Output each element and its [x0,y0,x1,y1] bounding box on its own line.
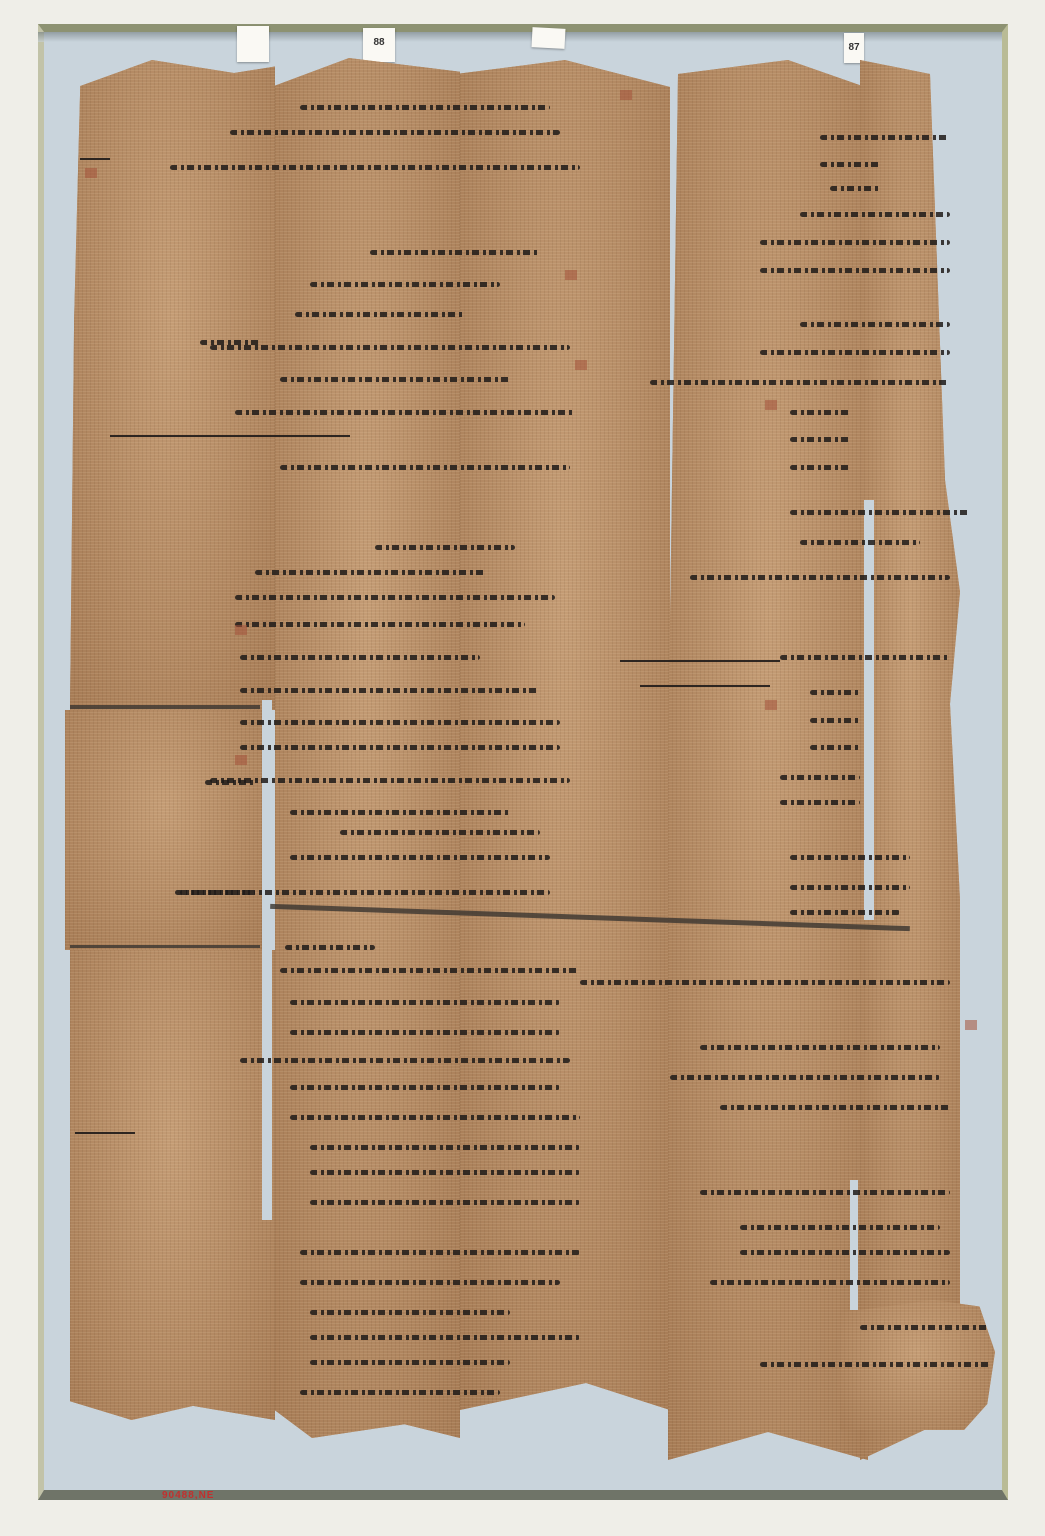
text-line [285,945,375,950]
papyrus-fragment-col3 [460,60,670,1410]
text-line [280,377,510,382]
text-line [310,1360,510,1365]
text-line [290,1030,560,1035]
papyrus-fragment-left-bottom [70,950,275,1420]
text-line [580,980,950,985]
text-line [300,1390,500,1395]
text-line [780,775,860,780]
red-ink-mark [620,90,632,100]
fragment-label-blank-2 [531,27,565,49]
text-line [240,1058,570,1063]
text-line [240,745,560,750]
text-line [340,830,540,835]
text-line [290,1000,560,1005]
text-line [650,380,950,385]
text-line [310,1145,580,1150]
text-line [830,186,880,191]
text-line [700,1190,950,1195]
text-line [290,1085,560,1090]
text-stroke [620,660,780,662]
text-line [710,1280,950,1285]
text-stroke [640,685,770,687]
text-line [200,340,260,345]
text-line [300,1250,580,1255]
text-line [300,1280,560,1285]
text-line [760,240,950,245]
text-line [670,1075,940,1080]
text-line [740,1225,940,1230]
red-ink-mark [765,700,777,710]
text-line [790,465,850,470]
text-line [820,135,950,140]
text-line [295,312,465,317]
text-line [780,655,950,660]
text-line [720,1105,950,1110]
text-line [790,855,910,860]
text-line [230,130,560,135]
text-line [240,720,560,725]
text-line [210,345,570,350]
text-line [790,410,850,415]
text-line [370,250,540,255]
text-stroke [110,435,350,437]
text-line [235,595,555,600]
text-line [310,282,500,287]
text-line [810,690,860,695]
text-line [310,1310,510,1315]
text-line [300,105,550,110]
text-line [800,322,950,327]
text-line [800,540,920,545]
text-stroke [75,1132,135,1134]
text-line [790,910,900,915]
text-line [240,688,540,693]
text-line [800,212,950,217]
red-ink-mark [765,400,777,410]
text-line [210,778,570,783]
text-line [760,268,950,273]
red-ink-mark [965,1020,977,1030]
text-line [290,855,550,860]
fragment-label-88: 88 [363,28,395,62]
text-line [310,1335,580,1340]
text-line [205,780,255,785]
text-line [235,410,575,415]
papyrus-fragment-left-mid [65,710,265,950]
text-stroke [80,158,110,160]
red-ink-mark [85,168,97,178]
text-line [740,1250,950,1255]
text-line [290,1115,580,1120]
text-line [175,890,255,895]
text-line [790,437,850,442]
text-line [780,800,860,805]
text-line [280,465,570,470]
text-line [690,575,950,580]
red-ink-mark [565,270,577,280]
fragment-label-blank-1 [237,26,269,62]
text-line [820,162,880,167]
inventory-number: 90488,NE [162,1490,214,1501]
text-line [310,1170,580,1175]
red-ink-mark [575,360,587,370]
text-line [810,745,860,750]
text-line [290,810,510,815]
text-line [700,1045,940,1050]
text-line [790,885,910,890]
text-line [810,718,860,723]
text-line [375,545,515,550]
text-line [760,350,950,355]
text-line [235,622,525,627]
vertical-gap-lower [850,1180,858,1310]
horizontal-crack-left [70,705,260,709]
horizontal-crack-lower-left [70,945,260,948]
text-line [310,1200,580,1205]
text-line [240,655,480,660]
text-line [860,1325,990,1330]
text-line [280,968,580,973]
text-line [760,1362,990,1367]
text-line [170,165,580,170]
red-ink-mark [235,625,247,635]
text-line [255,570,485,575]
fragment-label-87: 87 [844,33,864,63]
text-line [790,510,970,515]
red-ink-mark [235,755,247,765]
